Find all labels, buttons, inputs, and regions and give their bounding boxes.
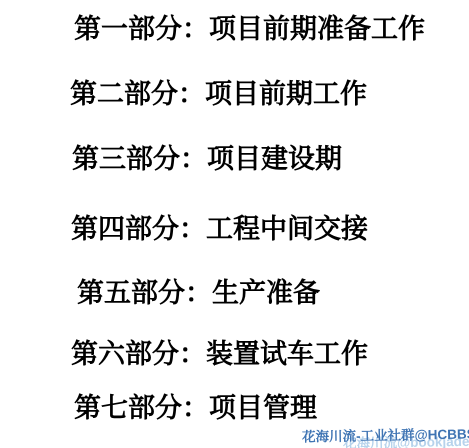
section-heading-4: 第四部分：工程中间交接 [71, 213, 368, 245]
section-heading-2: 第二部分：项目前期工作 [70, 78, 367, 110]
section-heading-3: 第三部分：项目建设期 [72, 143, 342, 175]
section-heading-5: 第五部分：生产准备 [77, 277, 320, 309]
watermark-forum-stamp: 花海川流-工业社群@HCBBS [302, 422, 469, 445]
document-page: 第一部分：项目前期准备工作 第二部分：项目前期工作 第三部分：项目建设期 第四部… [0, 0, 469, 448]
section-heading-7: 第七部分：项目管理 [74, 392, 317, 424]
section-heading-1: 第一部分：项目前期准备工作 [74, 13, 425, 45]
watermark-light-echo: 花海川流@bookjade [343, 430, 469, 448]
section-heading-6: 第六部分：装置试车工作 [71, 338, 368, 370]
